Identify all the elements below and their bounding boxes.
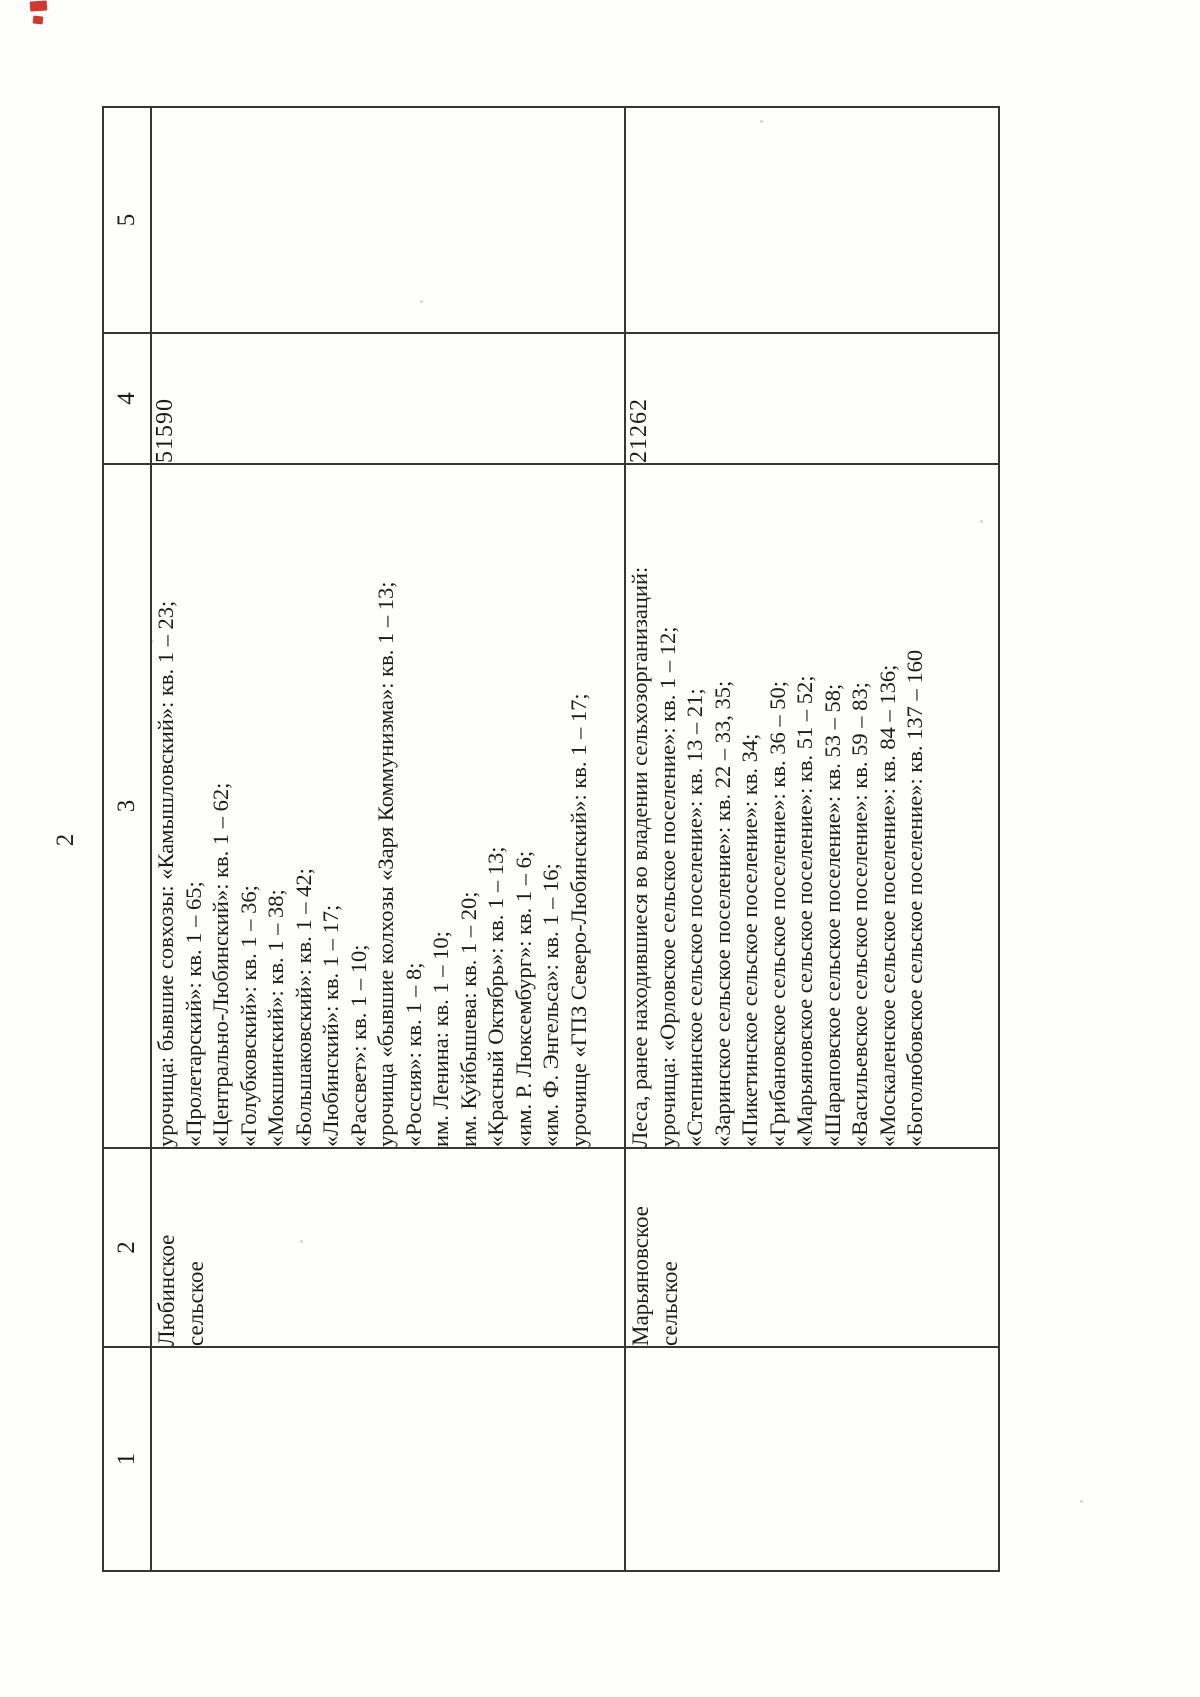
tracts-description: Леса, ранее находившиеся во владении сел… xyxy=(625,464,999,1148)
text-line: «Большаковский»: кв. 1 – 42; xyxy=(290,465,318,1147)
table-row: Марьяновское сельское Леса, ранее находи… xyxy=(625,107,999,1571)
text-line: «Россия»: кв. 1 – 8; xyxy=(400,465,428,1147)
cell-empty xyxy=(151,1347,625,1571)
cell-empty xyxy=(625,107,999,333)
page-number: 2 xyxy=(52,108,80,1572)
text-line: им. Ленина: кв. 1 – 10; xyxy=(427,465,455,1147)
text-line: «им. Р. Люксембург»: кв. 1 – 6; xyxy=(510,465,538,1147)
text-line: урочища «бывшие колхозы «Заря Коммунизма… xyxy=(372,465,400,1147)
text-line: «Пикетинское сельское поселение»: кв. 34… xyxy=(736,465,764,1147)
text-line: «Мокшинский»: кв. 1 – 38; xyxy=(262,465,290,1147)
text-line: «Марьяновское сельское поселение»: кв. 5… xyxy=(791,465,819,1147)
district-name: Марьяновское сельское xyxy=(625,1148,999,1347)
scanned-page: 2 1 2 3 4 5 Любинское сельское урочища xyxy=(0,0,1200,1697)
text-line: «Шараповское сельское поселение»: кв. 53… xyxy=(819,465,847,1147)
text-line: «Васильевское сельское поселение»: кв. 5… xyxy=(846,465,874,1147)
text-line: «Грибановское сельское поселение»: кв. 3… xyxy=(764,465,792,1147)
tracts-description: урочища: бывшие совхозы: «Камышловский»:… xyxy=(151,464,625,1148)
text-line: им. Куйбышева: кв. 1 – 20; xyxy=(455,465,483,1147)
text-line: «Боголюбовское сельское поселение»: кв. … xyxy=(901,465,929,1147)
red-pen-mark xyxy=(30,0,48,11)
header-col-1: 1 xyxy=(103,1347,151,1571)
text-line: «Голубковский»: кв. 1 – 36; xyxy=(235,465,263,1147)
text-line: «Красный Октябрь»: кв. 1 – 13; xyxy=(482,465,510,1147)
forest-areas-table: 1 2 3 4 5 Любинское сельское урочища: бы… xyxy=(102,106,1000,1572)
text-line: Леса, ранее находившиеся во владении сел… xyxy=(626,465,654,1147)
text-line: «Заринское сельское поселение»: кв. 22 –… xyxy=(709,465,737,1147)
cell-empty xyxy=(625,1347,999,1571)
text-line: «Степнинское сельское поселение»: кв. 13… xyxy=(681,465,709,1147)
header-col-3: 3 xyxy=(103,464,151,1148)
text-line: «им. Ф. Энгельса»: кв. 1 – 16; xyxy=(537,465,565,1147)
header-col-5: 5 xyxy=(103,107,151,333)
text-line: урочище «ГПЗ Северо-Любинский»: кв. 1 – … xyxy=(565,465,593,1147)
district-name: Любинское сельское xyxy=(151,1148,625,1347)
cell-empty xyxy=(151,107,625,333)
area-value: 21262 xyxy=(625,333,999,464)
header-col-4: 4 xyxy=(103,333,151,464)
text-line: «Пролетарский»: кв. 1 – 65; xyxy=(180,465,208,1147)
text-line: «Москаленское сельское поселение»: кв. 8… xyxy=(874,465,902,1147)
rotated-document-content: 2 1 2 3 4 5 Любинское сельское урочища xyxy=(102,108,1000,1572)
text-line: урочища: «Орловское сельское поселение»:… xyxy=(654,465,682,1147)
table-header-row: 1 2 3 4 5 xyxy=(103,107,151,1571)
header-col-2: 2 xyxy=(103,1148,151,1347)
text-line: урочища: бывшие совхозы: «Камышловский»:… xyxy=(152,465,180,1147)
area-value: 51590 xyxy=(151,333,625,464)
table-row: Любинское сельское урочища: бывшие совхо… xyxy=(151,107,625,1571)
red-pen-mark xyxy=(33,15,44,24)
text-line: «Центрально-Любинский»: кв. 1 – 62; xyxy=(207,465,235,1147)
text-line: «Рассвет»: кв. 1 – 10; xyxy=(345,465,373,1147)
text-line: «Любинский»: кв. 1 – 17; xyxy=(317,465,345,1147)
scan-speckle xyxy=(1080,1500,1083,1503)
